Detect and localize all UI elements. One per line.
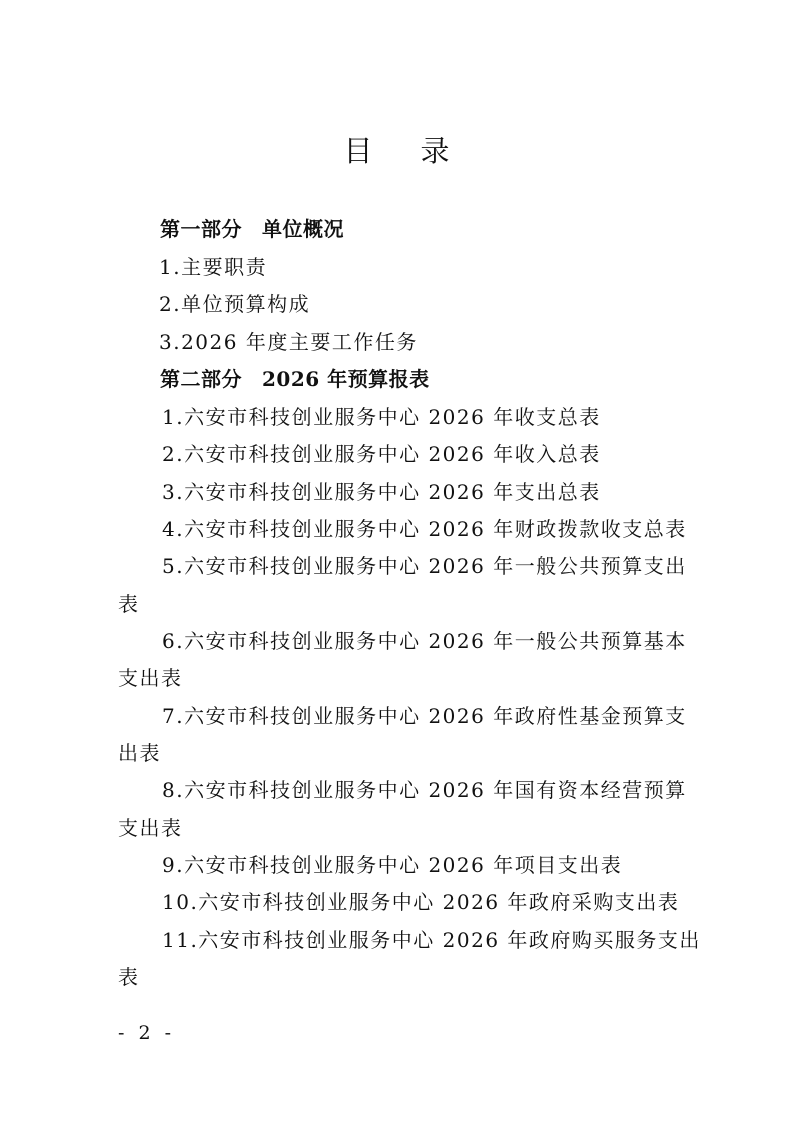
toc-item-2-3: 3.六安市科技创业服务中心 2026 年支出总表 [162, 478, 601, 506]
toc-section-part2: 第二部分2026 年预算报表 [160, 365, 430, 393]
toc-item-2-7-cont: 出表 [118, 739, 161, 767]
toc-item-2-5-cont: 表 [118, 590, 140, 618]
toc-item-2-11-cont: 表 [118, 963, 140, 991]
title-char-1: 目 [343, 134, 372, 168]
toc-section-part1: 第一部分单位概况 [160, 215, 344, 243]
toc-item-2-8: 8.六安市科技创业服务中心 2026 年国有资本经营预算 [162, 776, 687, 804]
toc-item-2-8-cont: 支出表 [118, 814, 183, 842]
toc-item-2-6: 6.六安市科技创业服务中心 2026 年一般公共预算基本 [162, 627, 687, 655]
toc-item-2-7: 7.六安市科技创业服务中心 2026 年政府性基金预算支 [162, 702, 687, 730]
title-char-2: 录 [421, 134, 450, 168]
toc-item-2-5: 5.六安市科技创业服务中心 2026 年一般公共预算支出 [162, 552, 687, 580]
page-title: 目录 [0, 131, 793, 171]
section-name: 单位概况 [262, 217, 344, 241]
toc-item-1-3: 3.2026 年度主要工作任务 [159, 328, 418, 356]
toc-item-1-2: 2.单位预算构成 [159, 290, 310, 318]
toc-item-2-9: 9.六安市科技创业服务中心 2026 年项目支出表 [162, 851, 622, 879]
toc-item-2-6-cont: 支出表 [118, 664, 183, 692]
page-number: - 2 - [118, 1020, 175, 1046]
section-name: 2026 年预算报表 [262, 367, 430, 391]
section-label: 第一部分 [160, 217, 242, 241]
toc-item-2-10: 10.六安市科技创业服务中心 2026 年政府采购支出表 [162, 888, 679, 916]
toc-item-1-1: 1.主要职责 [159, 253, 267, 281]
section-label: 第二部分 [160, 367, 242, 391]
toc-item-2-1: 1.六安市科技创业服务中心 2026 年收支总表 [162, 403, 601, 431]
toc-item-2-2: 2.六安市科技创业服务中心 2026 年收入总表 [162, 440, 601, 468]
toc-item-2-4: 4.六安市科技创业服务中心 2026 年财政拨款收支总表 [162, 515, 687, 543]
toc-item-2-11: 11.六安市科技创业服务中心 2026 年政府购买服务支出 [162, 926, 701, 954]
